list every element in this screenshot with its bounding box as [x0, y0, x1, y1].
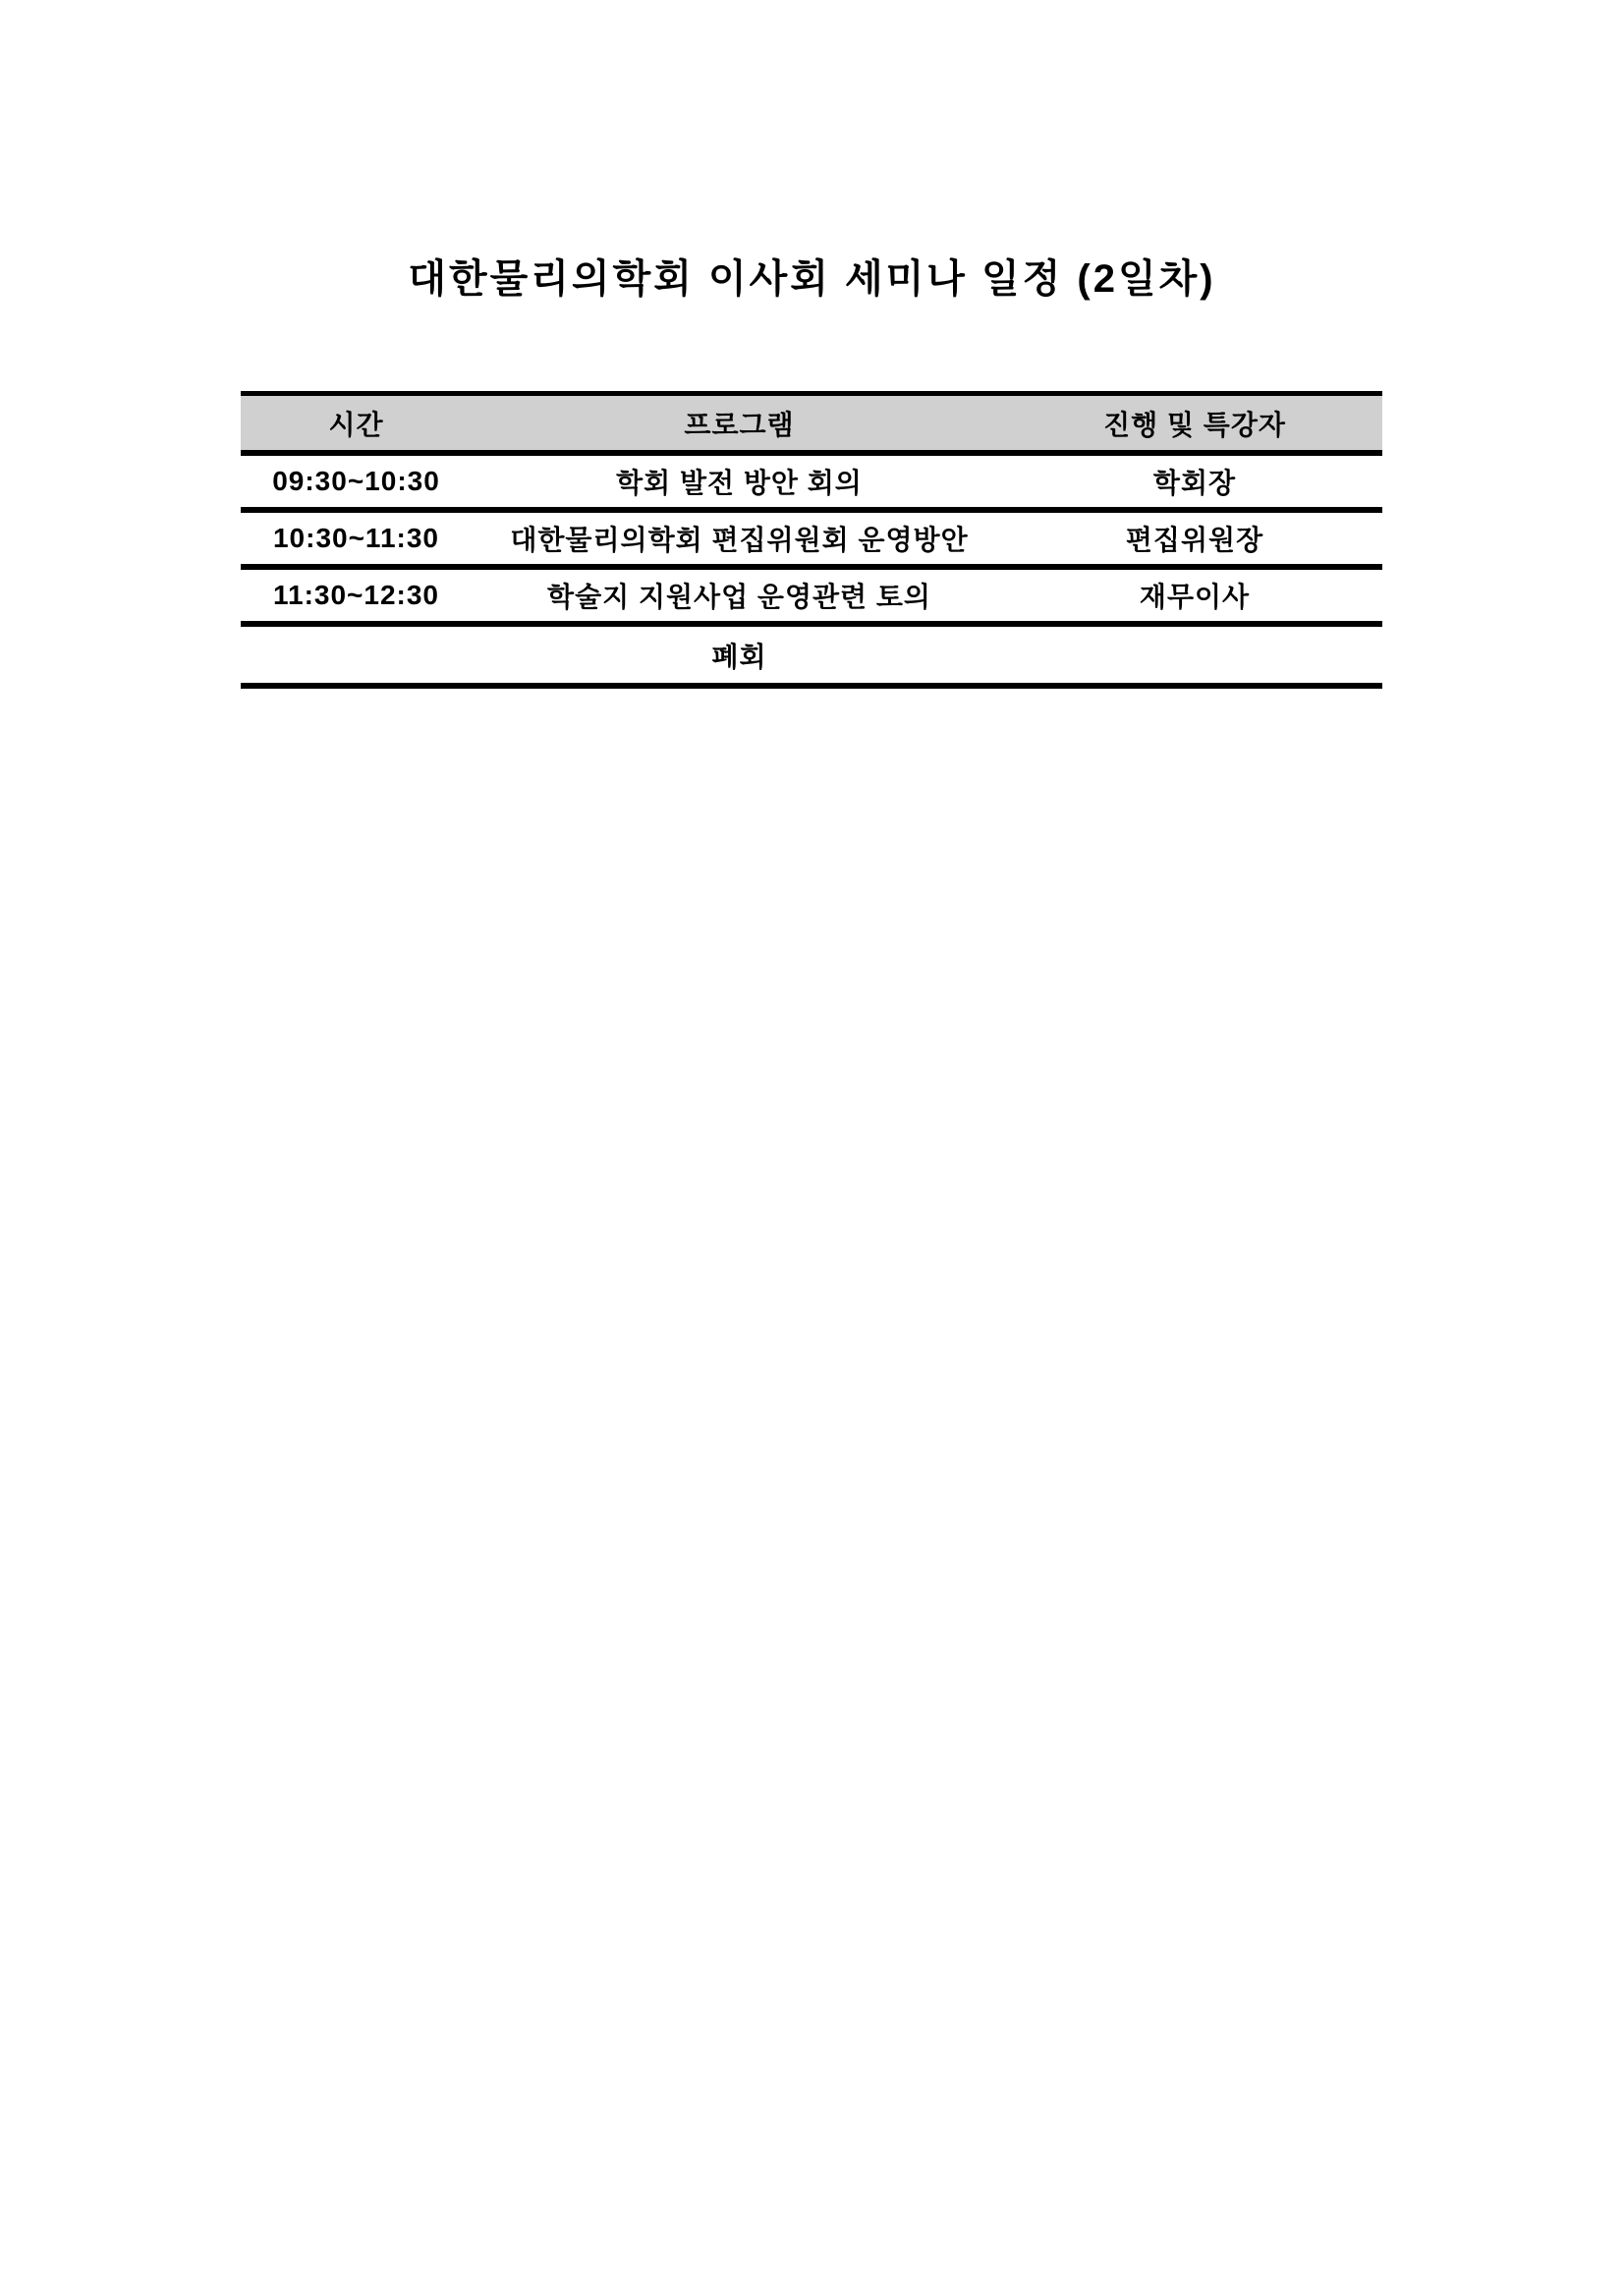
table-header-row: 시간 프로그램 진행 및 특강자 [241, 394, 1382, 454]
table-row: 11:30~12:30 학술지 지원사업 운영관련 토의 재무이사 [241, 567, 1382, 624]
closing-row: 폐회 [241, 624, 1382, 686]
program-cell: 학술지 지원사업 운영관련 토의 [472, 567, 1007, 624]
time-cell: 11:30~12:30 [241, 567, 472, 624]
program-cell: 대한물리의학회 편집위원회 운영방안 [472, 510, 1007, 567]
header-cell-program: 프로그램 [472, 394, 1007, 454]
document-page: 대한물리의학회 이사회 세미나 일정 (2일차) 시간 프로그램 진행 및 특강… [0, 0, 1624, 2296]
header-cell-time: 시간 [241, 394, 472, 454]
header-cell-presenter: 진행 및 특강자 [1007, 394, 1382, 454]
presenter-cell: 재무이사 [1007, 567, 1382, 624]
program-cell: 학회 발전 방안 회의 [472, 453, 1007, 510]
schedule-table: 시간 프로그램 진행 및 특강자 09:30~10:30 학회 발전 방안 회의… [241, 391, 1382, 689]
time-cell: 10:30~11:30 [241, 510, 472, 567]
table-row: 09:30~10:30 학회 발전 방안 회의 학회장 [241, 453, 1382, 510]
table-row: 10:30~11:30 대한물리의학회 편집위원회 운영방안 편집위원장 [241, 510, 1382, 567]
presenter-cell: 편집위원장 [1007, 510, 1382, 567]
time-cell: 09:30~10:30 [241, 453, 472, 510]
presenter-cell: 학회장 [1007, 453, 1382, 510]
empty-cell [241, 624, 472, 686]
page-title: 대한물리의학회 이사회 세미나 일정 (2일차) [0, 248, 1624, 304]
closing-cell: 폐회 [472, 624, 1007, 686]
empty-cell [1007, 624, 1382, 686]
